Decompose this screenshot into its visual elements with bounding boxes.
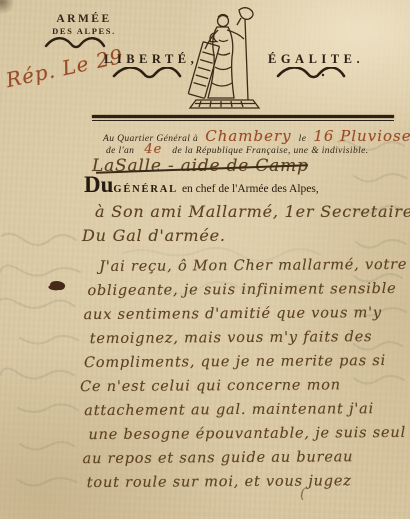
letter-body: J'ai reçu, ô Mon Cher mallarmé, votre le… [77,253,410,495]
letter-document: ARMÉE DES ALPES. Rép. Le 29 LIBERTÉ, ÉGA… [0,0,410,519]
address-line-1: à Son ami Mallarmé, 1er Secretaire [95,202,410,221]
body-line: tout roule sur moi, et vous jugez [87,469,410,495]
flourish-under-liberte [112,67,182,81]
sender-caps: GÉNÉRAL [113,184,178,195]
sender-initial: Du [84,172,113,197]
army-stamp: ARMÉE DES ALPES. [36,13,132,36]
footer-mark: ( [300,486,306,502]
sender-tail: en chef de l'Armée des Alpes, [182,183,319,195]
body-line: temoignez, mais vous m'y faits des [90,325,410,351]
sender-line: DuGÉNÉRAL en chef de l'Armée des Alpes, [84,175,319,197]
horizontal-rule [92,115,394,121]
ink-blot [49,279,66,291]
body-line: au repos et sans guide au bureau [83,445,410,471]
army-stamp-line1: ARMÉE [36,13,132,25]
army-stamp-line2: DES ALPES. [36,26,132,36]
liberty-figure-icon [181,5,269,113]
dateline-printed-republique: de la République Française, une & indivi… [172,146,368,156]
flourish-under-egalite [276,67,346,81]
dateline-row2: de l'an 4e de la République Française, u… [106,142,369,157]
bleedthrough-writing [0,220,84,519]
dateline-printed-an: de l'an [106,146,134,156]
body-line: aux sentimens d'amitié que vous m'y [84,301,410,327]
dateline-hand-year: 4e [144,142,162,157]
body-line: Ce n'est celui qui concerne mon [80,373,410,399]
address-line-2: Du Gal d'armée. [82,226,226,245]
body-line: Compliments, que je ne merite pas si [84,349,410,375]
body-line: une besogne épouvantable, je suis seul [88,421,410,447]
body-line: J'ai reçu, ô Mon Cher mallarmé, votre le… [99,253,409,279]
body-line: obligeante, je suis infiniment sensible [87,277,409,303]
body-line: attachement au gal. maintenant j'ai [84,397,410,423]
motto-egalite: ÉGALITE. [268,52,364,67]
